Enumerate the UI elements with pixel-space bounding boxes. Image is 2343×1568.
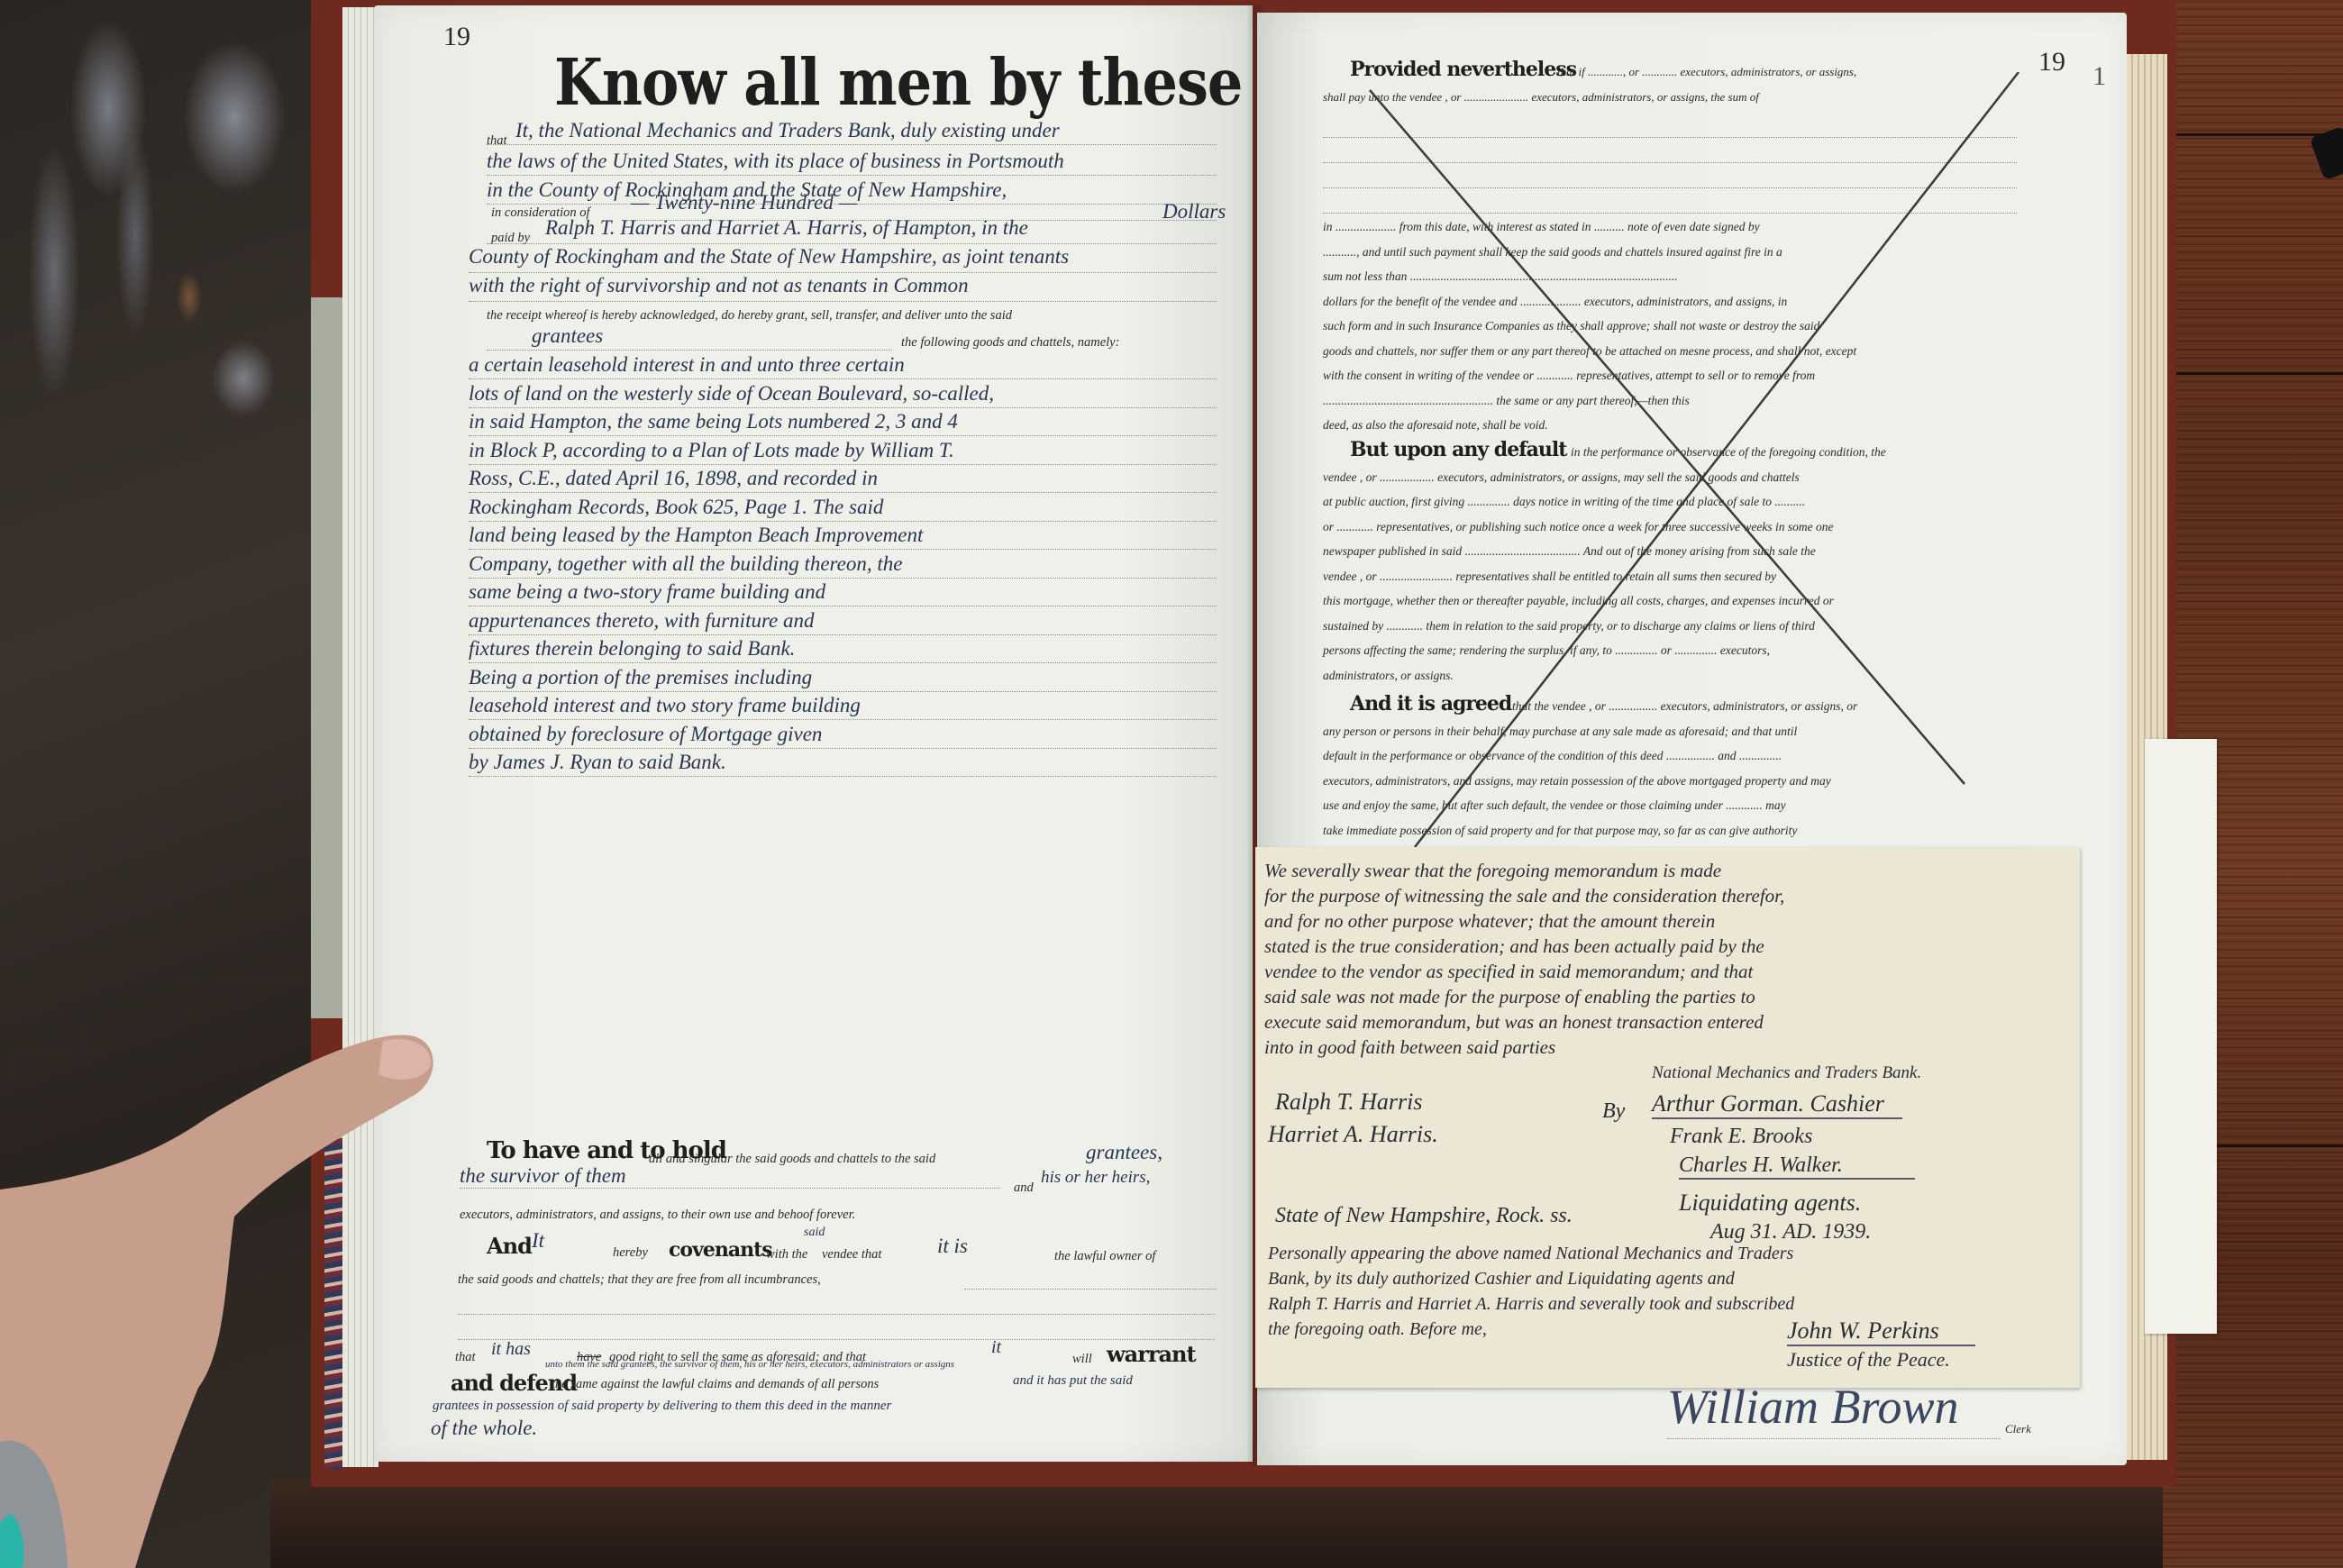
warrant-will: will [1072, 1352, 1092, 1367]
ruled-line [487, 175, 1217, 176]
covenant-hereby: hereby [613, 1245, 648, 1261]
oath-line: and for no other purpose whatever; that … [1264, 910, 1715, 933]
goods-line: Ross, C.E., dated April 16, 1898, and re… [469, 467, 878, 490]
default-line: sustained by ............ them in relati… [1323, 619, 1815, 634]
grantee-line: Ralph T. Harris and Harriet A. Harris, o… [545, 216, 1028, 240]
ruled-line [469, 578, 1217, 579]
ruled-line [469, 492, 1217, 493]
goods-line: Being a portion of the premises includin… [469, 666, 812, 689]
payment-line: ........................................… [1323, 394, 1690, 408]
acknowledgment-line: Ralph T. Harris and Harriet A. Harris an… [1268, 1294, 1794, 1315]
affidavit-date: Aug 31. AD. 1939. [1710, 1220, 1871, 1244]
clerk-signature: William Brown [1667, 1379, 1959, 1435]
ruled-line [964, 1289, 1217, 1290]
pointing-finger [0, 1009, 451, 1568]
covenant-heading: And [487, 1233, 532, 1259]
warrant-value-2: it [991, 1337, 1001, 1358]
cover-cloth-spine [311, 297, 342, 1018]
ruled-line [469, 301, 1217, 302]
default-line: vendee , or ........................ rep… [1323, 570, 1776, 584]
goods-line: Company, together with all the building … [469, 552, 902, 576]
habendum-and: and [1014, 1181, 1034, 1196]
ruled-line [460, 1188, 1000, 1189]
ruled-line [469, 549, 1217, 550]
default-line: this mortgage, whether then or thereafte… [1323, 594, 1834, 608]
right-page-number: 19 [2038, 47, 2065, 77]
habendum-text: all and singular the said goods and chat… [649, 1152, 935, 1167]
payment-line: with the consent in writing of the vende… [1323, 369, 1815, 383]
oath-line: said sale was not made for the purpose o… [1264, 986, 1755, 1008]
goods-line: lots of land on the westerly side of Oce… [469, 382, 994, 406]
ruled-line [469, 776, 1217, 777]
agreed-line: executors, administrators, and assigns, … [1323, 774, 1831, 789]
signature-ralph-harris: Ralph T. Harris [1275, 1089, 1423, 1116]
goods-line: same being a two-story frame building an… [469, 580, 825, 604]
goods-line: by James J. Ryan to said Bank. [469, 751, 726, 774]
payment-line: in .................... from this date, … [1323, 220, 1760, 234]
grantor-line: It, the National Mechanics and Traders B… [515, 119, 1060, 142]
default-line: persons affecting the same; rendering th… [1323, 643, 1770, 658]
next-page-number: 1 [2092, 61, 2106, 92]
payment-line: sum not less than ......................… [1323, 269, 1678, 284]
ruled-line [469, 272, 1217, 273]
default-line: at public auction, first giving ........… [1323, 495, 1805, 509]
payment-line: such form and in such Insurance Companie… [1323, 319, 1819, 333]
oath-line: stated is the true consideration; and ha… [1264, 935, 1764, 958]
payment-line: dollars for the benefit of the vendee an… [1323, 295, 1787, 309]
defend-line: grantees in possession of said property … [433, 1399, 891, 1414]
goods-line: land being leased by the Hampton Beach I… [469, 524, 923, 547]
ruled-line [1323, 213, 2017, 214]
agreed-line: any person or persons in their behalf, m… [1323, 725, 1797, 739]
payment-line: deed, as also the aforesaid note, shall … [1323, 418, 1548, 433]
covenant-subject: It [532, 1229, 544, 1253]
signature-cashier: Arthur Gorman. Cashier [1652, 1090, 1902, 1119]
ruled-line [469, 435, 1217, 436]
covenant-vendee: vendee that [822, 1247, 881, 1263]
goods-line: in Block P, according to a Plan of Lots … [469, 439, 954, 462]
goods-line: Rockingham Records, Book 625, Page 1. Th… [469, 496, 883, 519]
by-label: By [1602, 1099, 1625, 1124]
ruled-line [469, 464, 1217, 465]
acknowledgment-line: Bank, by its duly authorized Cashier and… [1268, 1269, 1735, 1290]
payment-line: ..........., and until such payment shal… [1323, 245, 1782, 260]
left-page-number: 19 [443, 22, 470, 52]
default-heading: But upon any default [1350, 438, 1566, 461]
habendum-survivor: the survivor of them [460, 1164, 626, 1188]
covenant-value: it is [937, 1235, 968, 1258]
ruled-line [458, 1314, 1215, 1315]
goods-line: fixtures therein belonging to said Bank. [469, 637, 795, 661]
ruled-line [487, 144, 1217, 145]
grantee-line: County of Rockingham and the State of Ne… [469, 245, 1069, 269]
agreed-line: use and enjoy the same, but after such d… [1323, 798, 1786, 813]
signature-harriet-harris: Harriet A. Harris. [1268, 1121, 1438, 1148]
agreed-line: that the vendee , or ................ ex… [1512, 699, 1857, 714]
acknowledgment-line: the foregoing oath. Before me, [1268, 1319, 1487, 1340]
habendum-tail: executors, administrators, and assigns, … [460, 1208, 855, 1223]
intro-label: that [487, 133, 507, 149]
agreed-heading: And it is agreed [1350, 692, 1511, 716]
ruled-line [1323, 162, 2017, 163]
warrant-word: warrant [1107, 1341, 1196, 1367]
default-line: vendee , or .................. executors… [1323, 470, 1800, 485]
ruled-line [469, 634, 1217, 635]
oath-line: into in good faith between said parties [1264, 1036, 1555, 1059]
defend-insert: unto them the said grantees, the survivo… [545, 1359, 954, 1370]
ruled-line [469, 662, 1217, 663]
oath-line: We severally swear that the foregoing me… [1264, 860, 1721, 882]
covenant-tail: the lawful owner of [1054, 1249, 1155, 1264]
ruled-line [458, 1339, 1215, 1340]
ruled-line [469, 748, 1217, 749]
goods-line: leasehold interest and two story frame b… [469, 694, 861, 717]
ruled-line [487, 243, 1217, 244]
grantee-value: grantees [532, 324, 603, 348]
grantor-line: the laws of the United States, with its … [487, 150, 1064, 173]
covenant-with: with the [766, 1247, 807, 1263]
bank-name: National Mechanics and Traders Bank. [1652, 1063, 1921, 1083]
ruled-line [469, 378, 1217, 379]
signature-frank-brooks: Frank E. Brooks [1670, 1125, 1812, 1149]
grantee-line: with the right of survivorship and not a… [469, 274, 969, 297]
ruled-line [487, 350, 892, 351]
proviso-line: that if ............, or ............ ex… [1557, 65, 1856, 79]
warrant-that: that [455, 1350, 476, 1365]
warrant-value-1: it has [491, 1339, 531, 1360]
ruled-line [469, 691, 1217, 692]
default-line: newspaper published in said ............… [1323, 544, 1816, 559]
default-line: or ............ representatives, or publ… [1323, 520, 1834, 534]
receipt-text: the receipt whereof is hereby acknowledg… [487, 308, 1012, 324]
habendum-grantees: grantees, [1086, 1141, 1162, 1164]
payment-line: goods and chattels, nor suffer them or a… [1323, 344, 1856, 359]
acknowledgment-line: Personally appearing the above named Nat… [1268, 1244, 1793, 1264]
goods-label: the following goods and chattels, namely… [901, 335, 1119, 351]
signature-charles-walker: Charles H. Walker. [1679, 1153, 1915, 1180]
plastic-wrap-bottom [270, 1478, 2163, 1568]
goods-line: obtained by foreclosure of Mortgage give… [469, 723, 822, 746]
default-line: administrators, or assigns. [1323, 669, 1454, 683]
habendum-heirs: his or her heirs, [1041, 1168, 1150, 1188]
venue: State of New Hampshire, Rock. ss. [1275, 1204, 1573, 1228]
agents-label: Liquidating agents. [1679, 1190, 1861, 1217]
covenant-insert: said [804, 1226, 825, 1240]
signature-justice: John W. Perkins [1787, 1317, 1975, 1346]
ruled-line [1667, 1438, 2001, 1439]
defend-value: and it has put the said [1013, 1373, 1133, 1389]
consideration-value: — Twenty-nine Hundred — [631, 191, 857, 214]
goods-line: appurtenances thereto, with furniture an… [469, 609, 815, 633]
agreed-line: take immediate possession of said proper… [1323, 824, 1797, 838]
ruled-line [469, 606, 1217, 606]
goods-line: a certain leasehold interest in and unto… [469, 353, 905, 377]
agreed-line: default in the performance or observance… [1323, 749, 1782, 763]
default-line: in the performance or observance of the … [1571, 445, 1886, 460]
loose-sheet [2145, 739, 2217, 1334]
incumbrance-text: the said goods and chattels; that they a… [458, 1272, 821, 1288]
ruled-line [1323, 187, 2017, 188]
justice-title: Justice of the Peace. [1787, 1348, 1950, 1372]
goods-line: in said Hampton, the same being Lots num… [469, 410, 958, 433]
oath-line: execute said memorandum, but was an hone… [1264, 1011, 1764, 1034]
pasted-affidavit-note: We severally swear that the foregoing me… [1255, 847, 2080, 1388]
ruled-line [469, 521, 1217, 522]
ruled-line [469, 719, 1217, 720]
oath-line: for the purpose of witnessing the sale a… [1264, 885, 1784, 907]
clerk-label: Clerk [2005, 1422, 2031, 1436]
ruled-line [469, 407, 1217, 408]
proviso-heading: Provided nevertheless [1350, 58, 1576, 81]
proviso-line: shall pay unto the vendee , or .........… [1323, 90, 1759, 105]
covenant-word: covenants [669, 1238, 772, 1262]
defend-text: the same against the lawful claims and d… [552, 1377, 879, 1392]
oath-line: vendee to the vendor as specified in sai… [1264, 961, 1753, 983]
ruled-line [1323, 137, 2017, 138]
